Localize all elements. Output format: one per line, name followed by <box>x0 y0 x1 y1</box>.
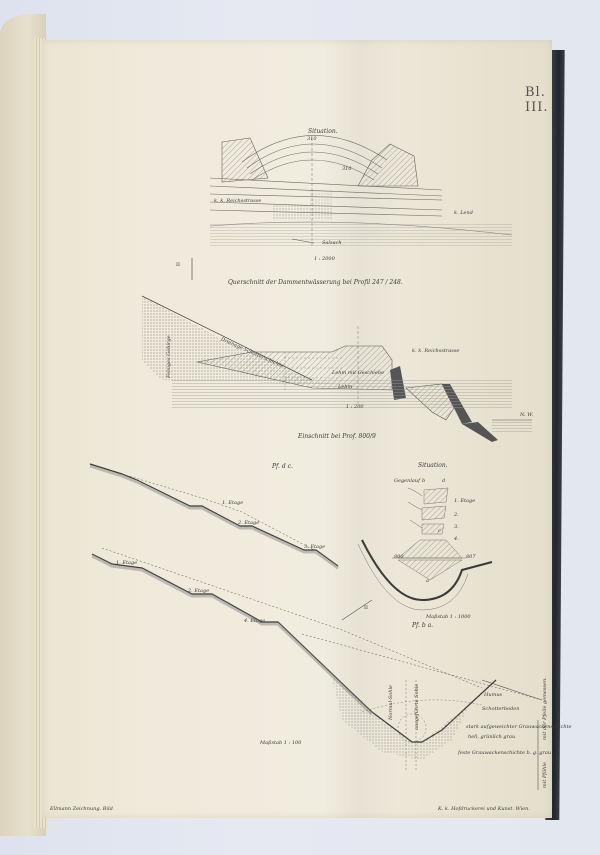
legend-humus: Humus <box>484 692 502 698</box>
step-dc-2: 2. Etage <box>238 520 259 526</box>
situation-top-plan <box>192 135 512 280</box>
label-mark-mid: 310 <box>342 166 352 172</box>
legend-grauwacke-weich: stark aufgeweichter Grauwackenschichte <box>466 724 572 730</box>
center-line-executed: ausgeführte Sohle <box>414 684 420 730</box>
plate-page: Bl. III. <box>42 40 552 818</box>
label-lehm: Lehm <box>338 384 352 390</box>
situation-mark-c: c <box>438 528 441 534</box>
label-water: N. W. <box>520 412 533 418</box>
situation-top-scale: 1 : 2000 <box>314 256 335 262</box>
cross-section-title: Querschnitt der Dammentwässerung bei Pro… <box>228 279 403 286</box>
situation-step-2: 2. <box>454 512 459 518</box>
situation-mark-b: b <box>422 478 425 484</box>
step-ba-2: 2. Etage <box>188 588 209 594</box>
legend-gruenlich: hell, grünlich grau <box>468 734 515 740</box>
label-road-right: k. Lend <box>454 210 473 216</box>
label-felsiges-gebirge: Felsiges Gebirge <box>166 335 172 378</box>
situation-step-3: 3. <box>454 524 459 530</box>
profile-dc-drawing <box>90 464 338 568</box>
vertical-note-bottom: mit Pfähle <box>542 762 548 788</box>
situation-top-mark: 310 <box>307 136 317 142</box>
situation-step-4: 4. <box>454 536 459 542</box>
situation-end-right: 807 <box>466 554 476 560</box>
einschnitt-title: Einschnitt bei Prof. 800/9 <box>298 433 376 440</box>
legend-schotter: Schotterboden <box>482 706 519 712</box>
footer-right: K. k. Hofdruckerei und Kunst. Wien. <box>438 806 530 812</box>
center-line-normal: Normal-Sohle <box>388 685 394 720</box>
label-salzach: Salzach <box>322 240 342 246</box>
situation-end-left: 800 <box>394 554 404 560</box>
footer-left: Ellmann Zeichnung. Bild. <box>50 806 114 812</box>
step-dc-3: 3. Etage <box>304 544 325 550</box>
mark-side-top: II <box>176 262 180 268</box>
situation-right-title: Situation. <box>418 462 448 469</box>
step-dc-1: 1. Etage <box>222 500 243 506</box>
legend-grauwacke-fest: feste Grauwackenschichte b. g. grau <box>458 750 551 756</box>
step-ba-4: 4. Etage <box>244 618 265 624</box>
cross-section-scale: 1 : 200 <box>346 404 364 410</box>
engineering-drawings <box>42 40 552 818</box>
vertical-note-top: mit der Pfeile gemessen. <box>542 677 548 740</box>
situation-mark-d: d <box>442 478 445 484</box>
situation-top-title: Situation. <box>308 128 338 135</box>
situation-mark-a: a <box>426 578 429 584</box>
einschnitt-scale: Maßstab 1 : 100 <box>260 740 301 746</box>
profile-dc-label: Pf. d c. <box>272 463 293 470</box>
label-street: k. k. Reichsstrasse <box>412 348 459 354</box>
cross-section-drawing <box>142 296 532 442</box>
situation-right-scale: Maßstab 1 : 1000 <box>426 614 471 620</box>
label-gegenlauf: Gegenlauf <box>394 478 420 484</box>
profile-ba-label: Pf. b a. <box>412 622 433 629</box>
step-ba-1: 1. Etage <box>116 560 137 566</box>
situation-right-plan <box>358 488 492 610</box>
label-lehm-geschiebe: Lehm mit Geschiebe <box>332 370 384 376</box>
mark-side-bottom: II <box>364 605 368 611</box>
situation-step-1: 1. Etage <box>454 498 475 504</box>
label-road-left: k. k. Reichsstrasse <box>214 198 261 204</box>
